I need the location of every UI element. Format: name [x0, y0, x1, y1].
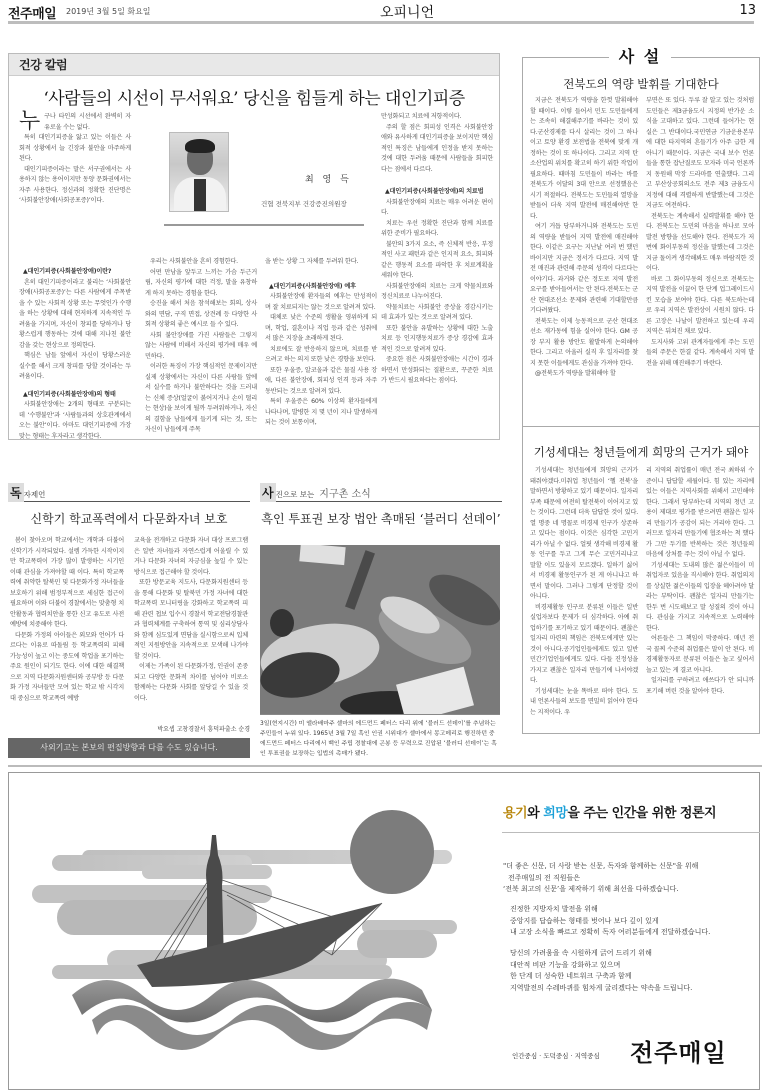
youth-editorial-col-1: 기성세대는 청년들에게 희망의 근거가 돼줘야겠다.미취업 청년들이 ‘헬 전북…: [530, 466, 638, 718]
health-column-label: 건강 칼럼: [19, 58, 67, 72]
dropcap: 누: [19, 112, 40, 132]
ad-slogan: 용기와 희망을 주는 인간을 위한 정론지: [503, 802, 716, 821]
reader-col-1: 봄이 찾아오며 학교에서는 개학과 더불어 신학기가 시작되었다. 설렘 가득한…: [10, 536, 124, 704]
youth-editorial-headline: 기성세대는 청년들에게 희망의 근거가 돼야: [522, 444, 760, 460]
masthead-brand: 전주매일: [8, 3, 56, 22]
editorial-label: 사 설: [525, 44, 755, 67]
masthead-rule: [8, 21, 754, 24]
ad-paragraph-2: 진정한 지방자치 발전을 위해 중앙지를 답습하는 형태를 벗어나 보다 깊이 …: [510, 904, 765, 939]
section-divider: [8, 765, 762, 767]
health-column-label-bar: 건강 칼럼: [9, 54, 499, 76]
youth-editorial-col-2: 리 지역의 취업률이 매년 전국 최하위 수준이니 답답할 세월이다. 힘 있는…: [646, 466, 754, 697]
health-col-1-top: 누 구나 타인의 시선에서 완벽히 자유로울 수는 없다. 특히 대인기피증을 …: [19, 112, 131, 207]
reader-column-headline: 신학기 학교폭력에서 다문화자녀 보호: [8, 510, 250, 527]
page-number: 13: [739, 3, 756, 18]
ad-paragraph-1: "더 좋은 신문, 더 사랑 받는 신문, 독자와 함께하는 신문"을 위해 전…: [503, 861, 758, 896]
author-rule: [164, 224, 364, 226]
ad-logo: 전주매일: [630, 1033, 727, 1068]
author-photo: [169, 132, 229, 212]
health-col-1: ▲대인기피증(사회불안장애)이란? 흔히 대인기피증이라고 불리는 ‘사회불안장…: [19, 260, 131, 442]
subhead: ▲대인기피증(사회불안장애)의 치료법: [381, 187, 493, 198]
editorial-col-2: 부면은 또 있다. 두루 잘 알고 있는 것처럼 도민들은 제3금융도시 지정의…: [646, 96, 754, 369]
masthead-section: 오피니언: [380, 2, 434, 22]
world-photo-headline: 흑인 투표권 보장 법안 촉매된 ‘블러디 선데이’: [260, 510, 502, 527]
editorial-col-1: 지금은 전북도가 역량을 한껏 발휘해야 할 때이다. 이렇 들어서 민도 도민…: [530, 96, 638, 380]
subhead: ▲대인기피증(사회불안장애)이란?: [19, 267, 131, 278]
subhead: ▲대인기피증(사회불안장애) 예후: [265, 282, 377, 293]
world-photo-label: 사진으로 보는 지구촌 소식: [260, 482, 502, 502]
author-name: 최 영 득: [305, 172, 352, 185]
reader-byline: 박요셉 고창경찰서 흥덕파출소 순경: [132, 724, 250, 733]
health-column: 건강 칼럼 ‘사람들의 시선이 무서워요’ 당신을 힘들게 하는 대인기피증 최…: [8, 53, 500, 440]
masthead-date: 2019년 3월 5일 화요일: [66, 6, 151, 17]
protest-photo: [260, 545, 500, 715]
disclaimer-banner: 사외기고는 본보의 편집방향과 다를 수도 있습니다.: [8, 738, 250, 758]
ad-slogan-rule: [502, 832, 760, 833]
health-col-2: 우리는 사회불안을 흔히 경험한다. 어떤 만남을 앞두고 느끼는 가슴 두근거…: [145, 257, 257, 436]
reader-col-2: 교육을 전개하고 다문화 자녀 대상 프로그램은 일반 자녀들과 자연스럽게 어…: [134, 536, 248, 704]
health-col-3: 을 받는 상황 그 자체를 두려워 한다. ▲대인기피증(사회불안장애) 예후 …: [265, 257, 377, 429]
reader-column-label: 독자제언: [8, 482, 250, 502]
author-title: 건협 전북지부 건강증진의원장: [261, 199, 347, 208]
health-column-headline: ‘사람들의 시선이 무서워요’ 당신을 힘들게 하는 대인기피증: [9, 84, 499, 109]
ship-pen-illustration: [12, 795, 482, 1085]
protest-photo-image: [260, 545, 500, 715]
ad-paragraph-3: 당신의 가려움을 속 시원하게 긁어 드리기 위해 대안적 비판 기능을 강화하…: [510, 948, 765, 994]
subhead: ▲대인기피증(사회불안장애)의 형태: [19, 390, 131, 401]
ad-motto: 인간중심 · 도덕중심 · 지역중심: [512, 1051, 600, 1060]
health-col-4: 만성화되고 치료에 저항적이다. 주의 할 점은 회피성 인격은 사회불안장애와…: [381, 112, 493, 387]
photo-caption: 3일(현지시간) 미 앨라배마주 셀마의 에드먼드 페터스 다리 위에 ‘블러드…: [260, 719, 502, 759]
editorial-headline: 전북도의 역량 발휘를 기대한다: [522, 76, 760, 92]
